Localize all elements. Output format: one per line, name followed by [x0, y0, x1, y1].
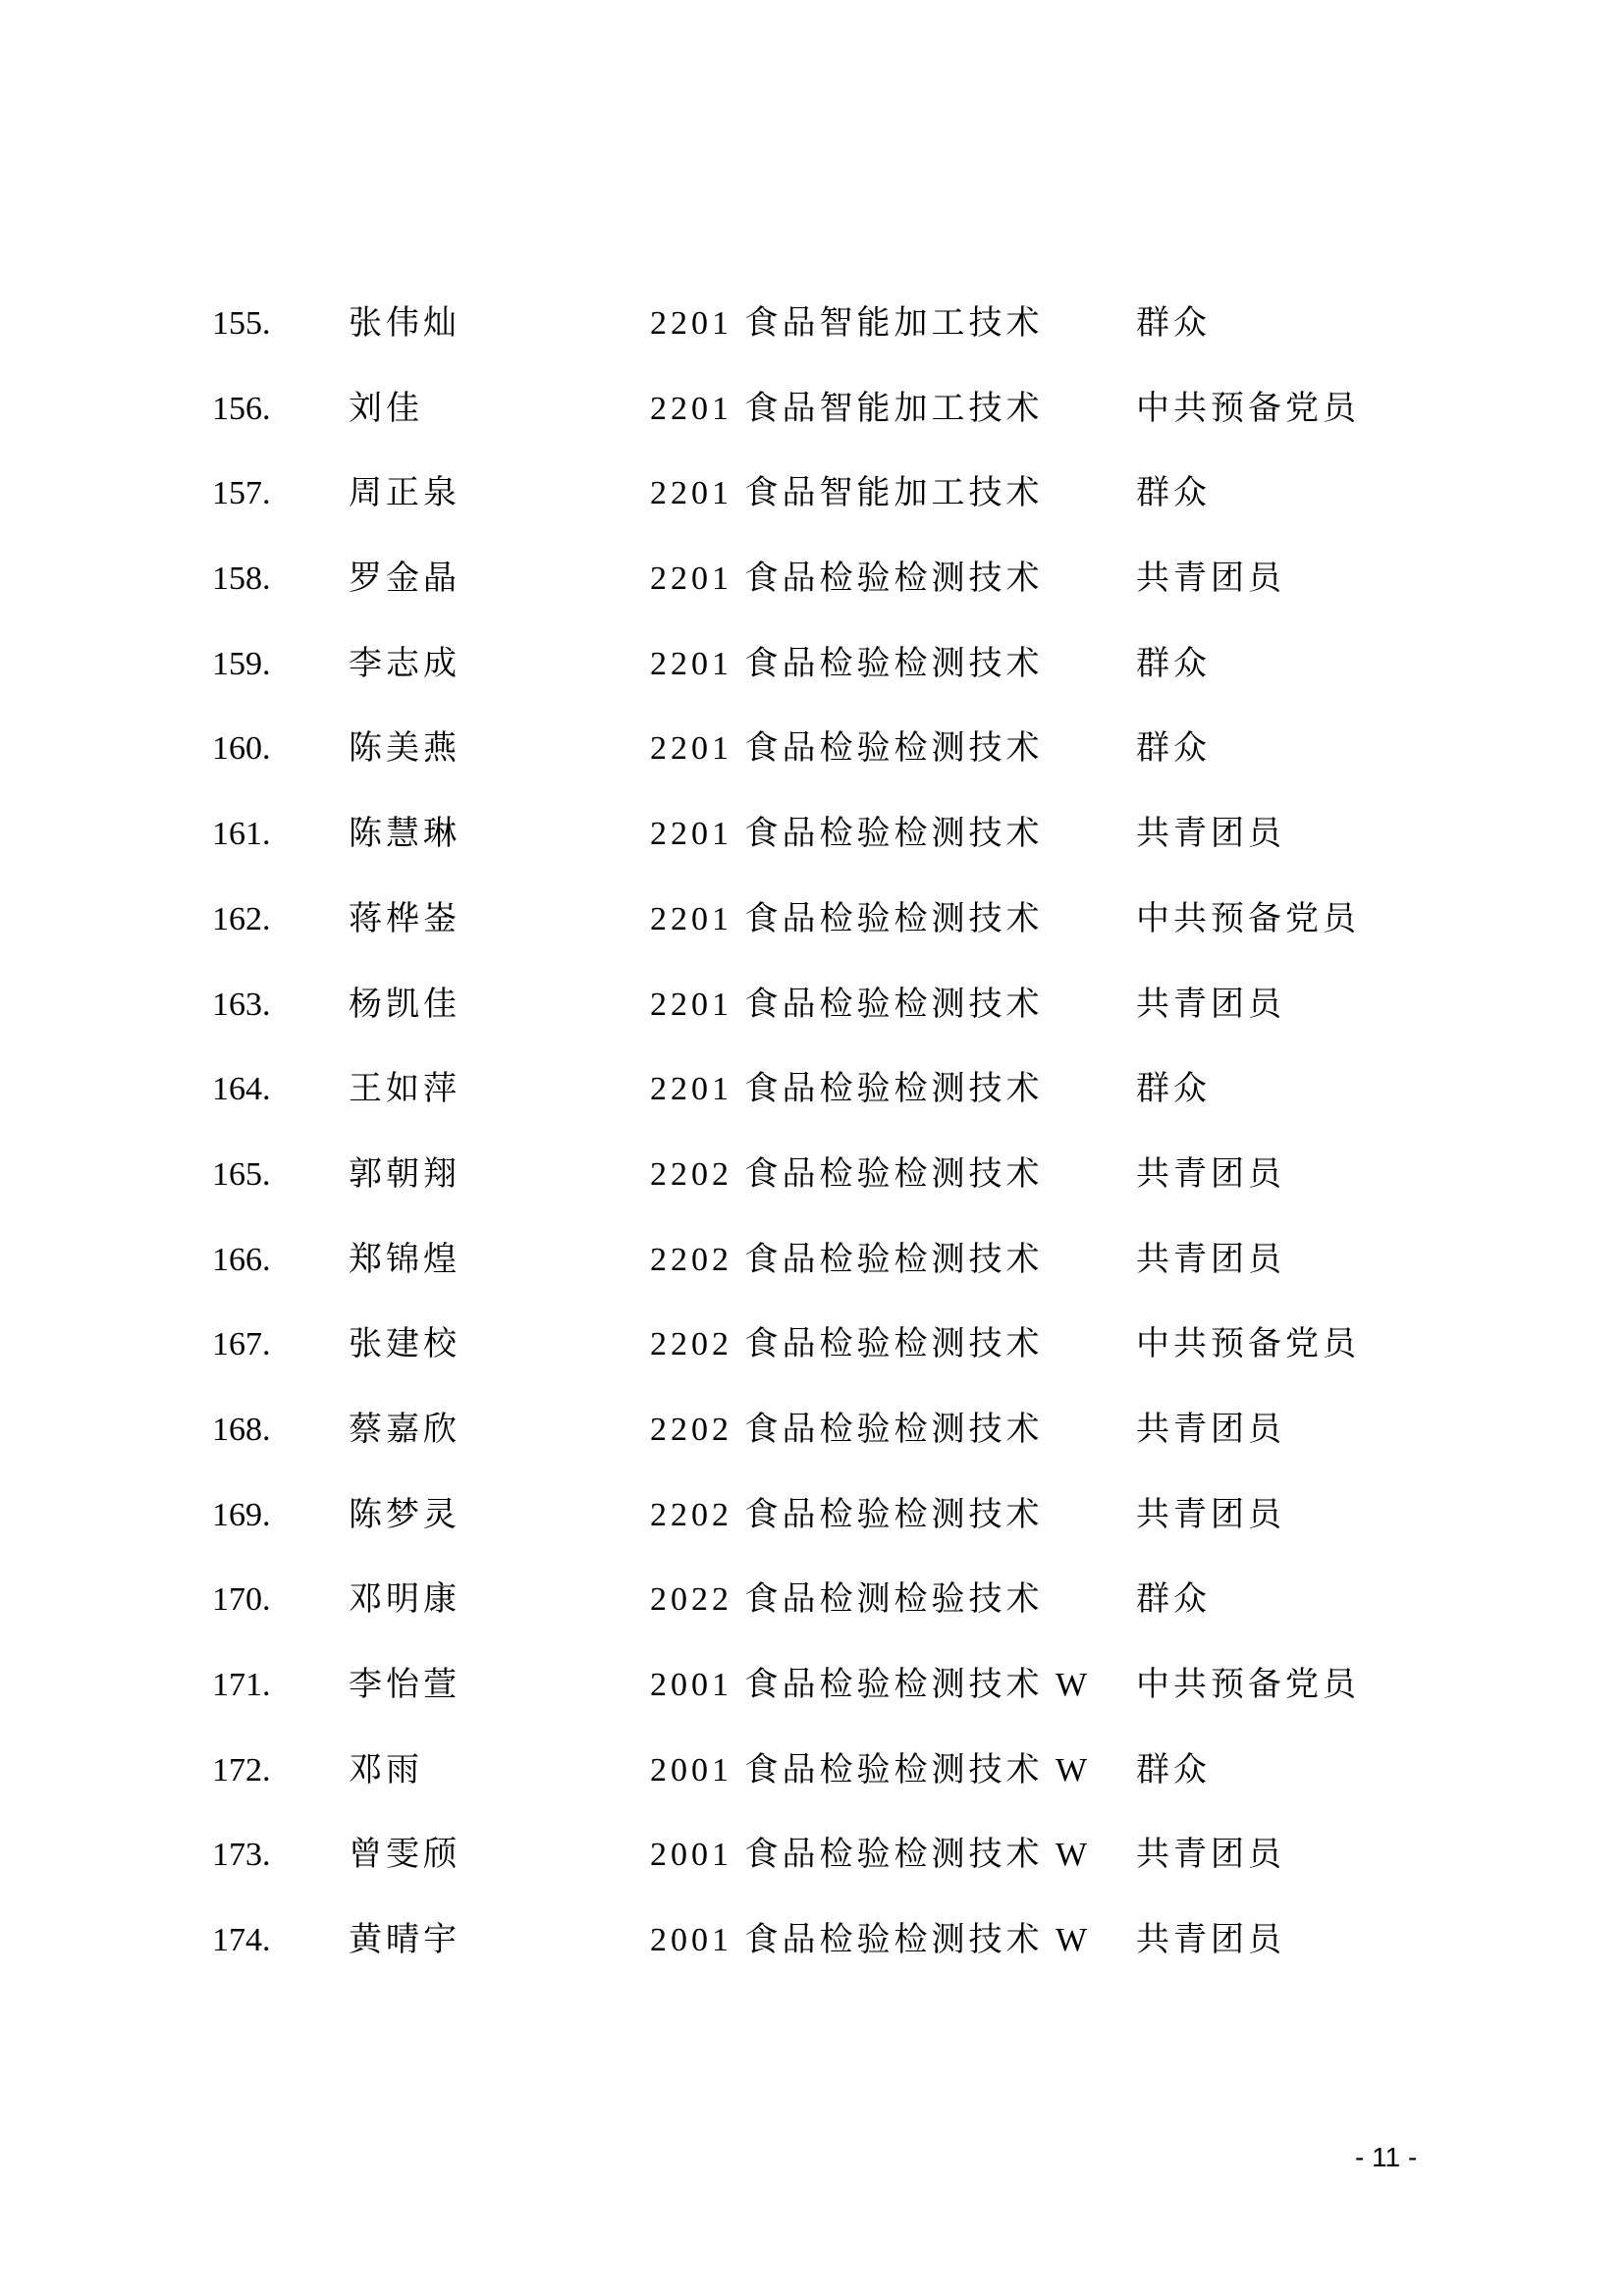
political-status: 群众 [1136, 727, 1211, 771]
row-number: 161. [212, 813, 271, 856]
list-item: 168. 蔡嘉欣 2202 食品检验检测技术 共青团员 [0, 1401, 1624, 1486]
row-number: 174. [212, 1919, 271, 1962]
list-item: 159. 李志成 2201 食品检验检测技术 群众 [0, 635, 1624, 721]
list-item: 158. 罗金晶 2201 食品检验检测技术 共青团员 [0, 550, 1624, 635]
political-status: 共青团员 [1136, 1153, 1285, 1197]
political-status: 群众 [1136, 1749, 1211, 1792]
class-name: 2201 食品检验检测技术 [650, 898, 1044, 941]
class-name: 2001 食品检验检测技术 W [650, 1834, 1091, 1877]
political-status: 共青团员 [1136, 1834, 1285, 1877]
person-name: 陈梦灵 [349, 1494, 460, 1537]
political-status: 共青团员 [1136, 1239, 1285, 1282]
person-name: 曾雯颀 [349, 1834, 460, 1877]
class-name: 2201 食品检验检测技术 [650, 813, 1044, 856]
political-status: 共青团员 [1136, 558, 1285, 601]
political-status: 群众 [1136, 1068, 1211, 1111]
class-name: 2201 食品检验检测技术 [650, 1068, 1044, 1111]
name-list: 155. 张伟灿 2201 食品智能加工技术 群众 156. 刘佳 2201 食… [0, 294, 1624, 1997]
list-item: 160. 陈美燕 2201 食品检验检测技术 群众 [0, 720, 1624, 805]
class-name: 2022 食品检测检验技术 [650, 1578, 1044, 1622]
list-item: 164. 王如萍 2201 食品检验检测技术 群众 [0, 1060, 1624, 1146]
row-number: 162. [212, 898, 271, 941]
person-name: 周正泉 [349, 472, 460, 515]
person-name: 陈慧琳 [349, 813, 460, 856]
page-number: - 11 - [1355, 2140, 1417, 2175]
class-name: 2202 食品检验检测技术 [650, 1323, 1044, 1366]
row-number: 164. [212, 1068, 271, 1111]
political-status: 中共预备党员 [1136, 898, 1360, 941]
class-name: 2001 食品检验检测技术 W [650, 1749, 1091, 1792]
person-name: 杨凯佳 [349, 984, 460, 1027]
class-name: 2202 食品检验检测技术 [650, 1494, 1044, 1537]
document-page: 155. 张伟灿 2201 食品智能加工技术 群众 156. 刘佳 2201 食… [0, 0, 1624, 2296]
person-name: 郭朝翔 [349, 1153, 460, 1197]
row-number: 158. [212, 558, 271, 601]
list-item: 169. 陈梦灵 2202 食品检验检测技术 共青团员 [0, 1486, 1624, 1572]
person-name: 黄晴宇 [349, 1919, 460, 1962]
list-item: 165. 郭朝翔 2202 食品检验检测技术 共青团员 [0, 1146, 1624, 1231]
class-name: 2201 食品智能加工技术 [650, 388, 1044, 431]
class-name: 2202 食品检验检测技术 [650, 1153, 1044, 1197]
row-number: 165. [212, 1153, 271, 1197]
political-status: 共青团员 [1136, 984, 1285, 1027]
row-number: 171. [212, 1664, 271, 1707]
class-name: 2001 食品检验检测技术 W [650, 1664, 1091, 1707]
class-name: 2201 食品检验检测技术 [650, 558, 1044, 601]
list-item: 156. 刘佳 2201 食品智能加工技术 中共预备党员 [0, 380, 1624, 465]
list-item: 157. 周正泉 2201 食品智能加工技术 群众 [0, 464, 1624, 550]
class-name: 2201 食品智能加工技术 [650, 472, 1044, 515]
political-status: 中共预备党员 [1136, 1664, 1360, 1707]
row-number: 163. [212, 984, 271, 1027]
list-item: 166. 郑锦煌 2202 食品检验检测技术 共青团员 [0, 1231, 1624, 1316]
political-status: 群众 [1136, 302, 1211, 346]
row-number: 156. [212, 388, 271, 431]
political-status: 群众 [1136, 1578, 1211, 1622]
political-status: 共青团员 [1136, 813, 1285, 856]
person-name: 郑锦煌 [349, 1239, 460, 1282]
class-name: 2201 食品检验检测技术 [650, 984, 1044, 1027]
person-name: 蒋桦崟 [349, 898, 460, 941]
class-name: 2001 食品检验检测技术 W [650, 1919, 1091, 1962]
class-name: 2201 食品检验检测技术 [650, 727, 1044, 771]
person-name: 李怡萱 [349, 1664, 460, 1707]
list-item: 167. 张建校 2202 食品检验检测技术 中共预备党员 [0, 1315, 1624, 1401]
row-number: 159. [212, 643, 271, 686]
row-number: 157. [212, 472, 271, 515]
political-status: 共青团员 [1136, 1409, 1285, 1452]
list-item: 163. 杨凯佳 2201 食品检验检测技术 共青团员 [0, 976, 1624, 1061]
class-name: 2201 食品检验检测技术 [650, 643, 1044, 686]
person-name: 王如萍 [349, 1068, 460, 1111]
person-name: 李志成 [349, 643, 460, 686]
person-name: 邓雨 [349, 1749, 423, 1792]
row-number: 172. [212, 1749, 271, 1792]
row-number: 168. [212, 1409, 271, 1452]
row-number: 169. [212, 1494, 271, 1537]
row-number: 173. [212, 1834, 271, 1877]
row-number: 166. [212, 1239, 271, 1282]
row-number: 170. [212, 1578, 271, 1622]
class-name: 2202 食品检验检测技术 [650, 1409, 1044, 1452]
list-item: 161. 陈慧琳 2201 食品检验检测技术 共青团员 [0, 805, 1624, 890]
row-number: 167. [212, 1323, 271, 1366]
person-name: 邓明康 [349, 1578, 460, 1622]
political-status: 群众 [1136, 472, 1211, 515]
row-number: 155. [212, 302, 271, 346]
political-status: 共青团员 [1136, 1494, 1285, 1537]
political-status: 中共预备党员 [1136, 388, 1360, 431]
person-name: 张伟灿 [349, 302, 460, 346]
list-item: 171. 李怡萱 2001 食品检验检测技术 W 中共预备党员 [0, 1656, 1624, 1741]
list-item: 162. 蒋桦崟 2201 食品检验检测技术 中共预备党员 [0, 890, 1624, 976]
class-name: 2201 食品智能加工技术 [650, 302, 1044, 346]
person-name: 张建校 [349, 1323, 460, 1366]
list-item: 174. 黄晴宇 2001 食品检验检测技术 W 共青团员 [0, 1911, 1624, 1997]
row-number: 160. [212, 727, 271, 771]
political-status: 中共预备党员 [1136, 1323, 1360, 1366]
person-name: 蔡嘉欣 [349, 1409, 460, 1452]
class-name: 2202 食品检验检测技术 [650, 1239, 1044, 1282]
list-item: 172. 邓雨 2001 食品检验检测技术 W 群众 [0, 1741, 1624, 1827]
person-name: 罗金晶 [349, 558, 460, 601]
political-status: 共青团员 [1136, 1919, 1285, 1962]
list-item: 155. 张伟灿 2201 食品智能加工技术 群众 [0, 294, 1624, 380]
list-item: 173. 曾雯颀 2001 食品检验检测技术 W 共青团员 [0, 1826, 1624, 1911]
person-name: 陈美燕 [349, 727, 460, 771]
person-name: 刘佳 [349, 388, 423, 431]
political-status: 群众 [1136, 643, 1211, 686]
list-item: 170. 邓明康 2022 食品检测检验技术 群众 [0, 1571, 1624, 1656]
